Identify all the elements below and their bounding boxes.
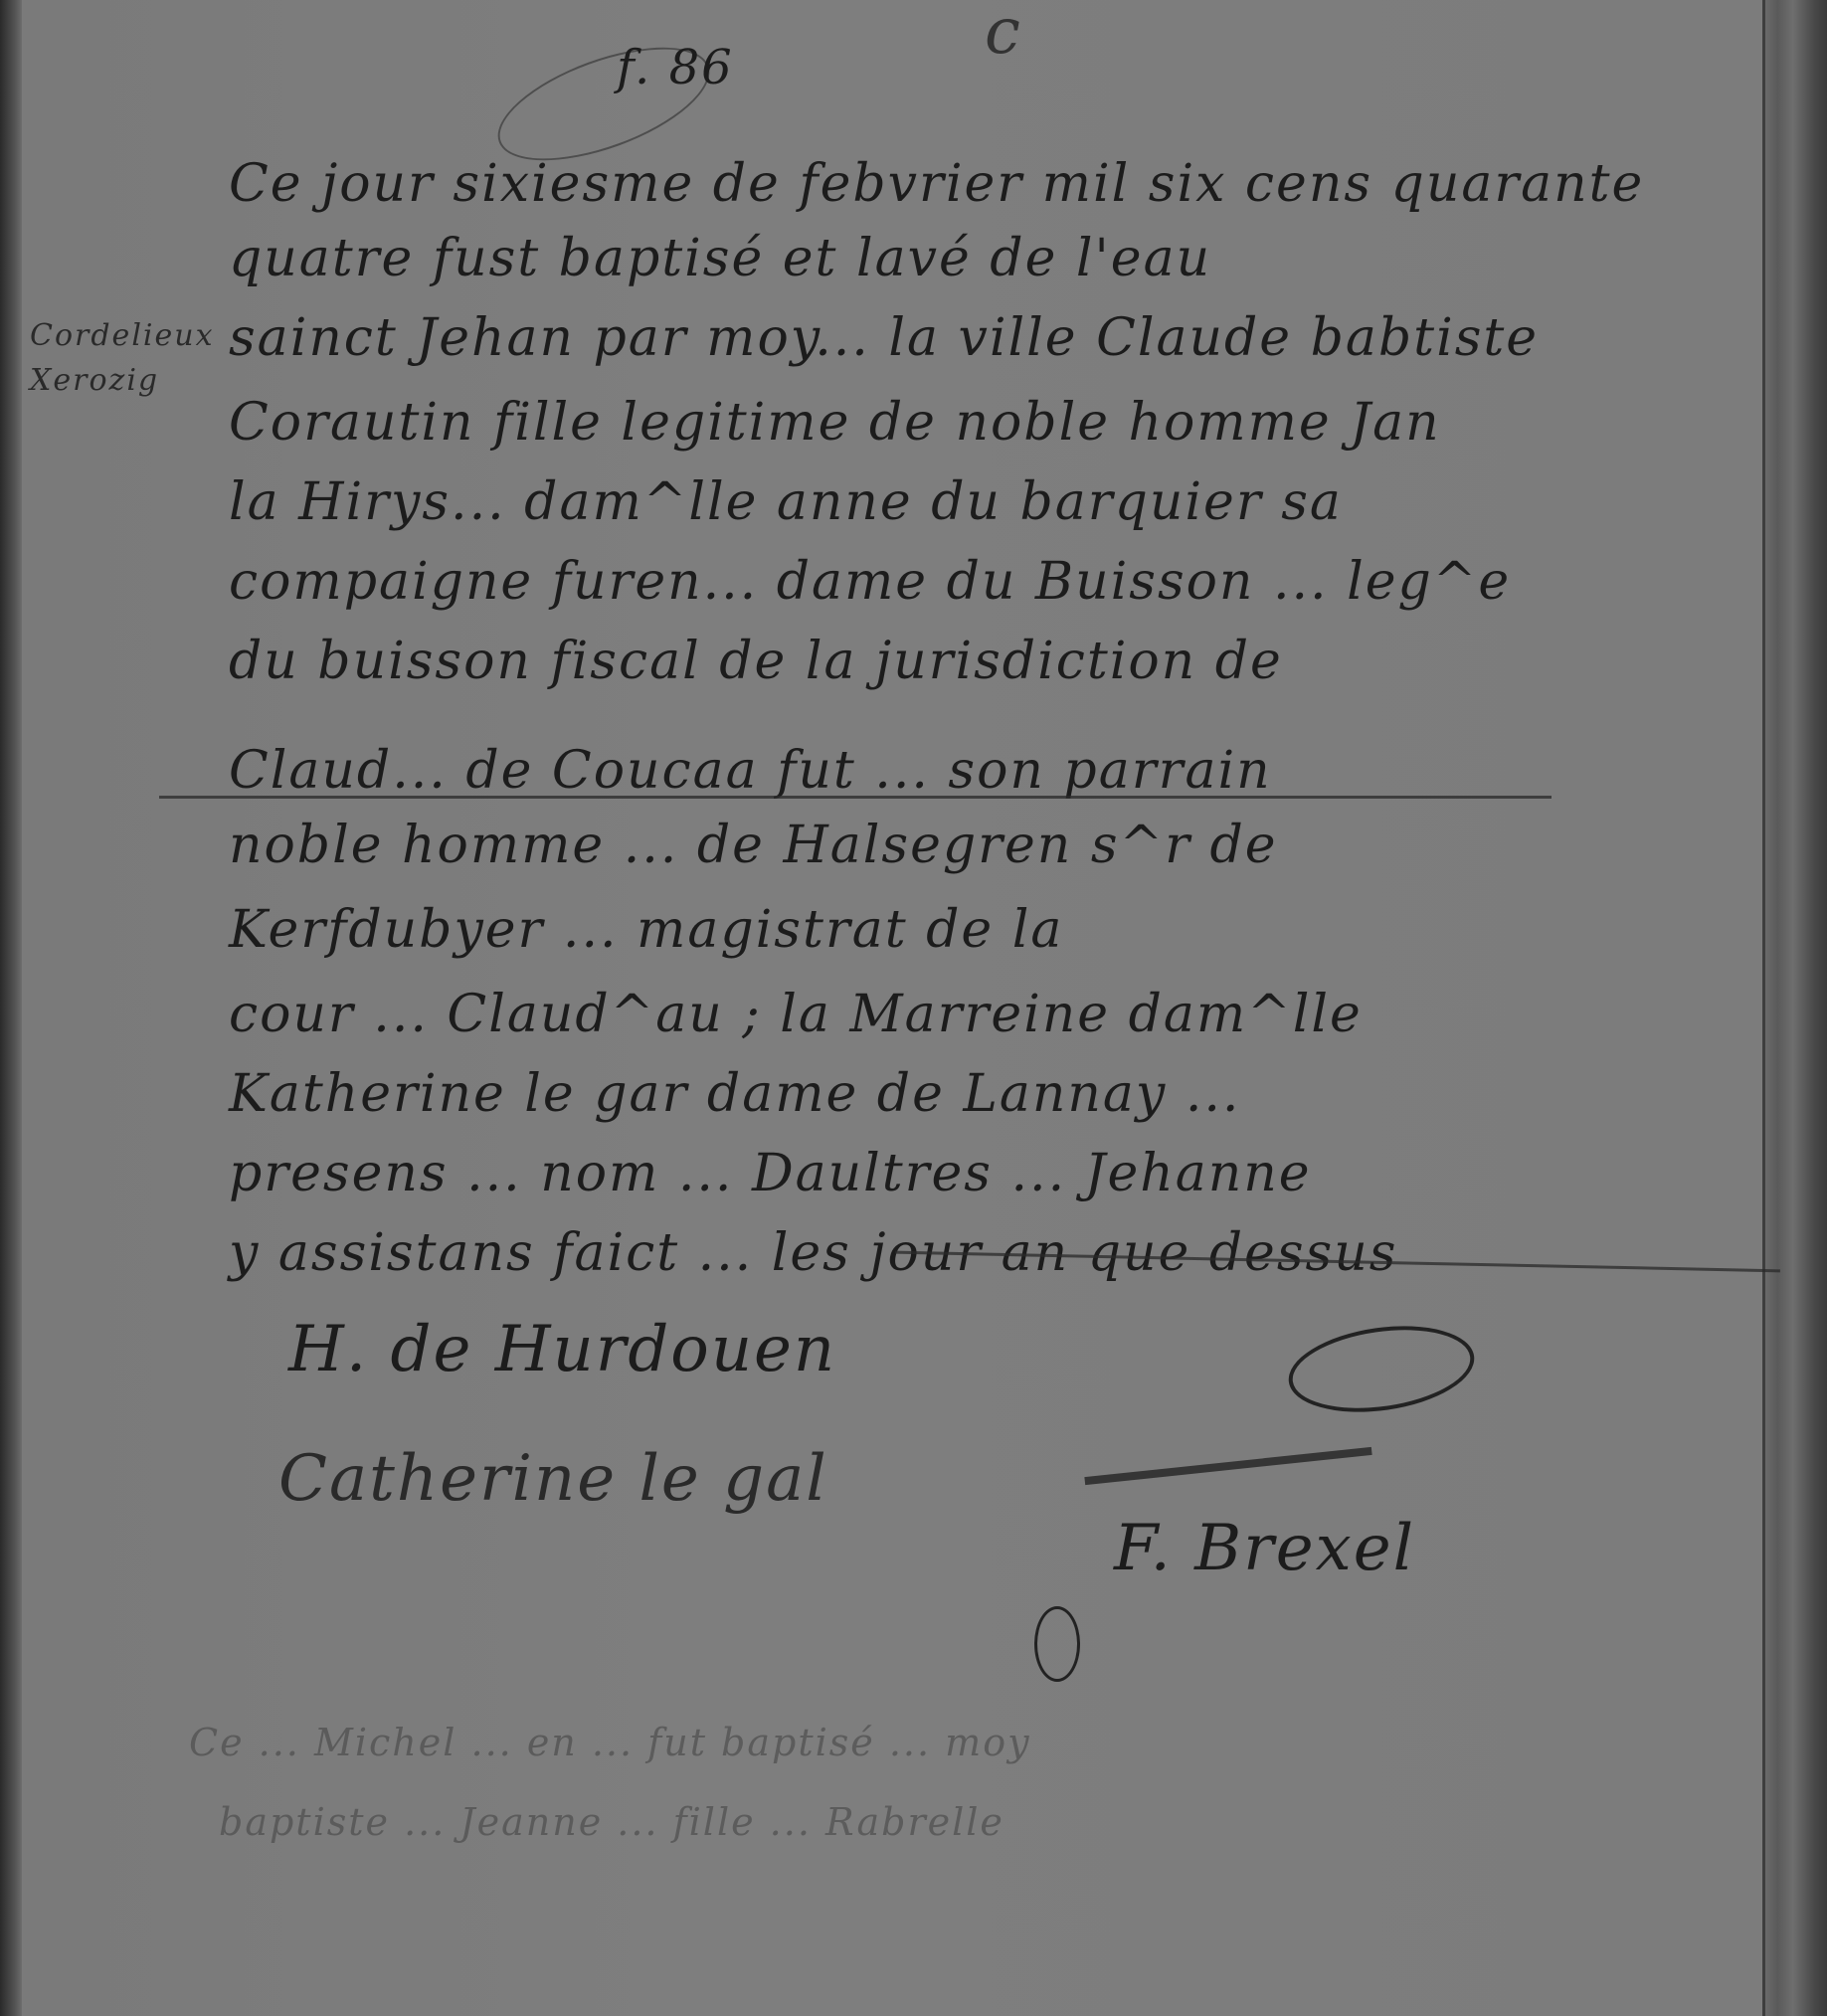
entry-line-14: y assistans faict ... les jour an que de…: [229, 1223, 1397, 1283]
entry-line-7: du buisson fiscal de la jurisdiction de: [229, 632, 1283, 691]
top-mark: c: [985, 0, 1022, 69]
line-rule: [159, 796, 1552, 799]
margin-note-line-2: Xerozig: [30, 363, 159, 398]
entry-line-8: Claud... de Coucaa fut ... son parrain: [229, 741, 1272, 801]
entry-line-9: noble homme ... de Halsegren s^r de: [229, 816, 1278, 875]
signature-flourish: [1034, 1606, 1080, 1682]
entry-line-4: Corautin fille legitime de noble homme J…: [229, 393, 1441, 453]
entry-line-6: compaigne furen... dame du Buisson ... l…: [229, 552, 1511, 612]
entry-line-13: presens ... nom ... Daultres ... Jehanne: [229, 1144, 1312, 1203]
faint-entry-line-1: Ce ... Michel ... en ... fut baptisé ...…: [189, 1721, 1031, 1764]
folio-number: f. 86: [617, 40, 734, 95]
faint-entry-line-2: baptiste ... Jeanne ... fille ... Rabrel…: [219, 1800, 1005, 1844]
book-binding: [1762, 0, 1827, 2016]
entry-line-5: la Hirys... dam^lle anne du barquier sa: [229, 472, 1343, 532]
page-left-edge: [0, 0, 22, 2016]
signature-1: H. de Hurdouen: [288, 1313, 836, 1386]
signature-3: F. Brexel: [1114, 1512, 1415, 1585]
entry-line-11: cour ... Claud^au ; la Marreine dam^lle: [229, 985, 1363, 1044]
entry-line-10: Kerfdubyer ... magistrat de la: [229, 900, 1063, 960]
entry-line-2: quatre fust baptisé et lavé de l'eau: [229, 229, 1211, 288]
signature-2: Catherine le gal: [278, 1442, 828, 1516]
entry-line-1: Ce jour sixiesme de febvrier mil six cen…: [229, 154, 1644, 214]
entry-line-12: Katherine le gar dame de Lannay ...: [229, 1064, 1240, 1124]
margin-note-line-1: Cordelieux: [30, 318, 215, 353]
entry-line-3: sainct Jehan par moy... la ville Claude …: [229, 308, 1539, 368]
